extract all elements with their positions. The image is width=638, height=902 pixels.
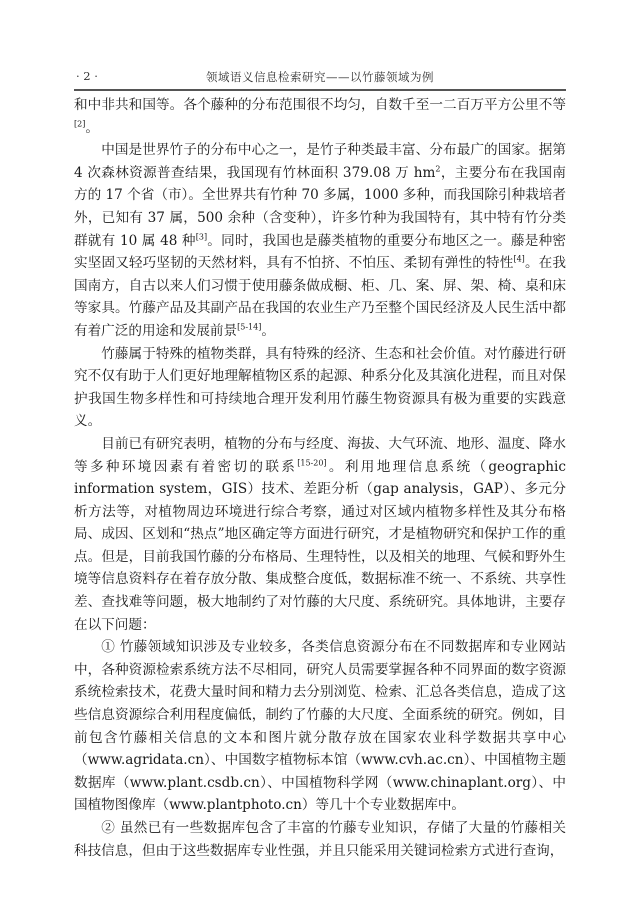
- citation-ref: [15-20]: [297, 458, 326, 467]
- citation-ref: [4]: [513, 255, 524, 264]
- paragraph: 竹藤属于特殊的植物类群，具有特殊的经济、生态和社会价值。对竹藤进行研究不仅有助于…: [74, 343, 566, 433]
- paragraph: 和中非共和国等。各个藤种的分布范围很不均匀，自数千至一二百万平方公里不等[2]。: [74, 94, 566, 139]
- text-run: 。: [85, 120, 99, 136]
- text-run: ② 虽然已有一些数据库包含了丰富的竹藤专业知识，存储了大量的竹藤相关科技信息，但…: [74, 820, 566, 859]
- paragraph: 目前已有研究表明，植物的分布与经度、海拔、大气环流、地形、温度、降水等多种环境因…: [74, 433, 566, 636]
- text-run: ① 竹藤领域知识涉及专业较多，各类信息资源分布在不同数据库和专业网站中，各种资源…: [74, 639, 566, 813]
- header-rule: [74, 89, 566, 91]
- paragraph: 中国是世界竹子的分布中心之一，是竹子种类最丰富、分布最广的国家。据第 4 次森林…: [74, 139, 566, 342]
- document-page: · 2 · 领域语义信息检索研究——以竹藤领域为例 和中非共和国等。各个藤种的分…: [0, 0, 638, 902]
- citation-ref: [2]: [74, 119, 85, 128]
- paragraph: ① 竹藤领域知识涉及专业较多，各类信息资源分布在不同数据库和专业网站中，各种资源…: [74, 636, 566, 817]
- text-run: 竹藤属于特殊的植物类群，具有特殊的经济、生态和社会价值。对竹藤进行研究不仅有助于…: [74, 346, 566, 430]
- text-run: 。: [261, 323, 275, 339]
- paragraph: ② 虽然已有一些数据库包含了丰富的竹藤专业知识，存储了大量的竹藤相关科技信息，但…: [74, 817, 566, 862]
- text-run: 。利用地理信息系统（geographic information system，…: [74, 459, 566, 633]
- running-title: 领域语义信息检索研究——以竹藤领域为例: [74, 69, 566, 85]
- running-header: · 2 · 领域语义信息检索研究——以竹藤领域为例: [74, 67, 566, 87]
- text-run: 和中非共和国等。各个藤种的分布范围很不均匀，自数千至一二百万平方公里不等: [74, 97, 566, 113]
- citation-ref: [3]: [196, 232, 207, 241]
- citation-ref: [5-14]: [237, 322, 261, 331]
- body-text: 和中非共和国等。各个藤种的分布范围很不均匀，自数千至一二百万平方公里不等[2]。…: [74, 94, 566, 862]
